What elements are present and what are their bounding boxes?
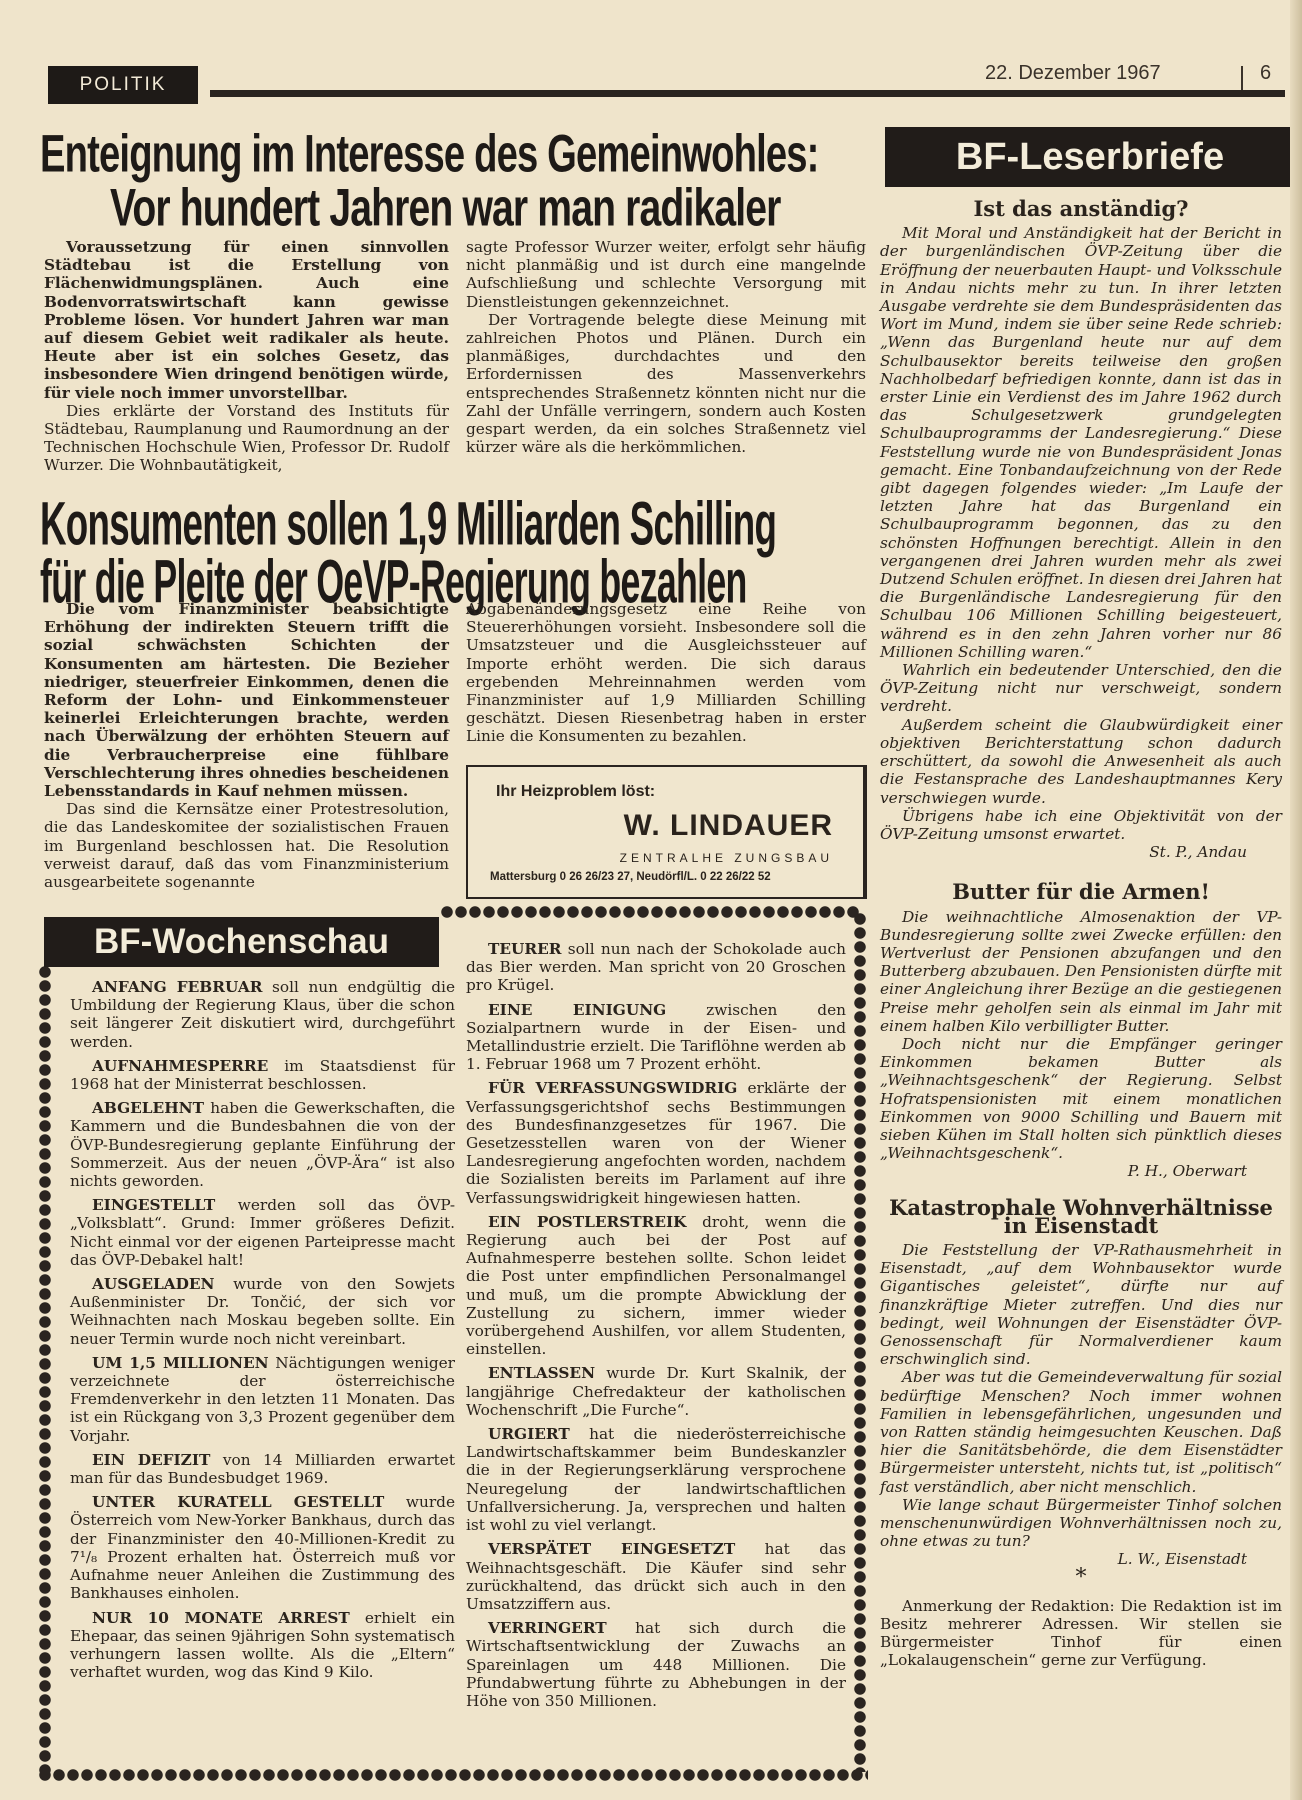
article1-headline-2: Vor hundert Jahren war man radikaler [110, 176, 781, 238]
asterisk-separator: * [880, 1569, 1282, 1587]
article2-lead: Die vom Finanzminister beabsichtigte Erh… [44, 600, 449, 800]
letter-paragraph: Die weihnachtliche Almosenaktion der VP-… [880, 908, 1282, 1035]
news-item: FÜR VERFASSUNGSWIDRIG erklärte der Verfa… [466, 1079, 846, 1206]
news-item: ANFANG FEBRUAR soll nun endgültig die Um… [70, 978, 455, 1051]
leserbriefe-title: BF-Leserbriefe [885, 127, 1295, 187]
editor-note: Anmerkung der Redaktion: Die Redaktion i… [880, 1597, 1282, 1670]
letter-paragraph: Doch nicht nur die Empfänger geringer Ei… [880, 1035, 1282, 1162]
wochenschau-col1: ANFANG FEBRUAR soll nun endgültig die Um… [70, 978, 455, 1687]
letter-paragraph: Die Feststellung der VP-Rathausmehrheit … [880, 1241, 1282, 1368]
letter-paragraph: Aber was tut die Gemeindeverwaltung für … [880, 1368, 1282, 1495]
article1-lead: Voraussetzung für einen sinnvollen Städt… [44, 238, 449, 402]
dotted-border-left [38, 965, 52, 1775]
letter-title: Ist das anständig? [880, 200, 1282, 218]
letter-signature: P. H., Oberwart [880, 1162, 1282, 1180]
news-item: AUFNAHMESPERRE im Staatsdienst für 1968 … [70, 1057, 455, 1093]
letter-signature: St. P., Andau [880, 843, 1282, 861]
ad-contacts: Mattersburg 0 26 26/23 27, Neudörfl/L. 0… [490, 871, 771, 883]
news-item: EIN POSTLERSTREIK droht, wenn die Regier… [466, 1213, 846, 1359]
wochenschau-title: BF-Wochenschau [44, 917, 439, 967]
header-rule [210, 90, 1285, 97]
article1-paragraph: Der Vortragende belegte diese Meinung mi… [466, 311, 866, 457]
ad-company: W. LINDAUER [624, 809, 833, 843]
letter-paragraph: Wie lange schaut Bürgermeister Tinhof so… [880, 1496, 1282, 1551]
letter-paragraph: Wahrlich ein bedeutender Unterschied, de… [880, 661, 1282, 716]
issue-date: 22. Dezember 1967 [985, 62, 1161, 85]
news-item: EIN DEFIZIT von 14 Milliarden erwartet m… [70, 1451, 455, 1487]
article1-paragraph: Dies erklärte der Vorstand des Instituts… [44, 402, 449, 475]
letter-title: Butter für die Armen! [880, 883, 1282, 901]
article2-paragraph: Abgabenänderungsgesetz eine Reihe von St… [466, 600, 866, 746]
news-item: AUSGELADEN wurde von den Sowjets Außenmi… [70, 1275, 455, 1348]
news-item: VERRINGERT hat sich durch die Wirtschaft… [466, 1619, 846, 1710]
article1-col1: Voraussetzung für einen sinnvollen Städt… [44, 238, 449, 475]
news-item: EINE EINIGUNG zwischen den Sozialpartner… [466, 1001, 846, 1074]
news-item: UNTER KURATELL GESTELLT wurde Österreich… [70, 1493, 455, 1602]
news-item: VERSPÄTET EINGESETZT hat das Weihnachtsg… [466, 1540, 846, 1613]
news-item: TEURER soll nun nach der Schokolade auch… [466, 940, 846, 995]
dotted-border-right [853, 912, 867, 1772]
news-item: NUR 10 MONATE ARREST erhielt ein Ehepaar… [70, 1609, 455, 1682]
letter-paragraph: Übrigens habe ich eine Objektivität von … [880, 807, 1282, 843]
advertisement-lindauer: Ihr Heizproblem löst: W. LINDAUER ZENTRA… [466, 765, 867, 899]
article1-col2: sagte Professor Wurzer weiter, erfolgt s… [466, 238, 866, 456]
dotted-border-bottom [38, 1768, 868, 1782]
page-number: 6 [1260, 62, 1271, 85]
letter-title: Katastrophale Wohnverhältnisse in Eisens… [880, 1199, 1282, 1235]
header-separator [1241, 66, 1243, 90]
leserbriefe-column: Ist das anständig? Mit Moral und Anständ… [880, 200, 1282, 1670]
article1-paragraph: sagte Professor Wurzer weiter, erfolgt s… [466, 238, 866, 311]
news-item: ABGELEHNT haben die Gewerkschaften, die … [70, 1099, 455, 1190]
article2-col1: Die vom Finanzminister beabsichtigte Erh… [44, 600, 449, 891]
article1-headline-1: Enteignung im Interesse des Gemeinwohles… [40, 122, 819, 184]
news-item: ENTLASSEN wurde Dr. Kurt Skalnik, der la… [466, 1364, 846, 1419]
letter-paragraph: Außerdem scheint die Glaubwürdigkeit ein… [880, 716, 1282, 807]
ad-service: ZENTRALHE ZUNGSBAU [620, 851, 833, 865]
article2-paragraph: Das sind die Kernsätze einer Protestreso… [44, 800, 449, 891]
news-item: UM 1,5 MILLIONEN Nächtigungen weniger ve… [70, 1354, 455, 1445]
page-edge [1290, 0, 1302, 1800]
news-item: URGIERT hat die niederösterreichische La… [466, 1425, 846, 1534]
article2-col2: Abgabenänderungsgesetz eine Reihe von St… [466, 600, 866, 746]
ad-tagline: Ihr Heizproblem löst: [496, 783, 655, 801]
wochenschau-col2: TEURER soll nun nach der Schokolade auch… [466, 940, 846, 1716]
letter-paragraph: Mit Moral und Anständigkeit hat der Beri… [880, 224, 1282, 661]
section-label: POLITIK [48, 66, 198, 104]
news-item: EINGESTELLT werden soll das ÖVP-„Volksbl… [70, 1196, 455, 1269]
dotted-border-top [440, 905, 860, 919]
